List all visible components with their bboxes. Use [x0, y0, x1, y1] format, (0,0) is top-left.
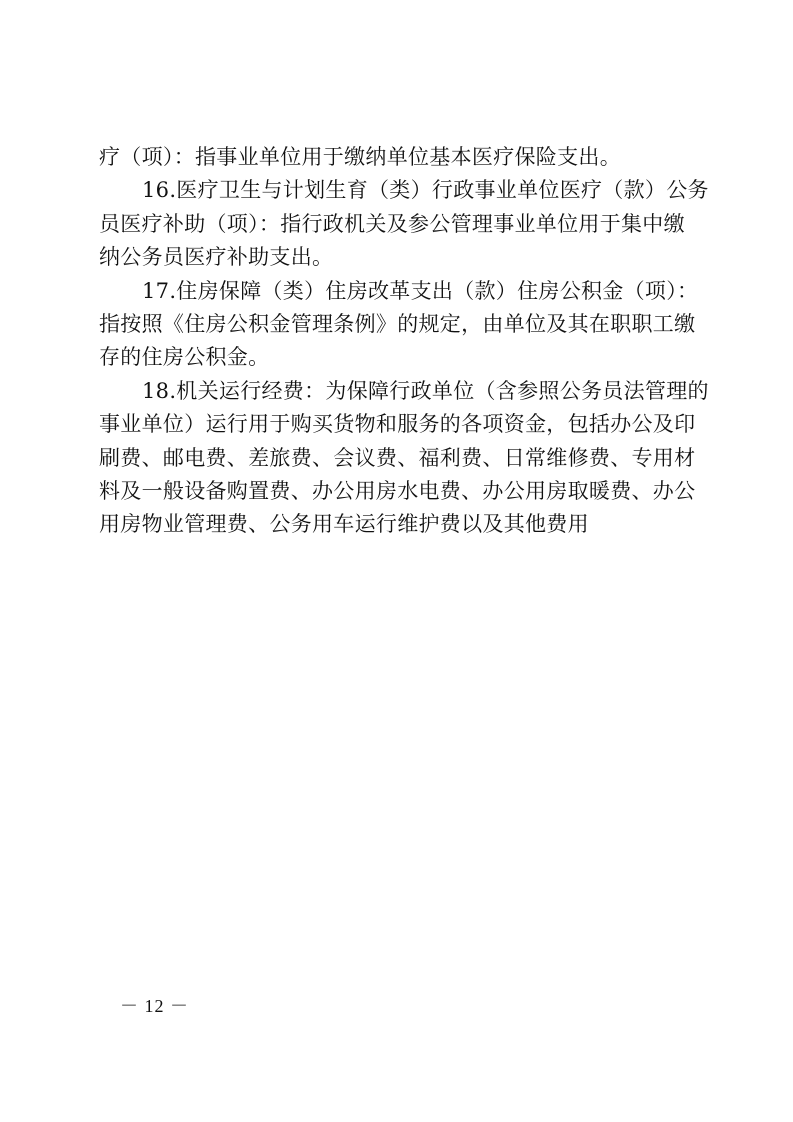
text-line: 疗（项）：指事业单位用于缴纳单位基本医疗保险支出。 — [99, 141, 693, 174]
text-line: 事业单位）运行用于购买货物和服务的各项资金，包括办公及印 — [99, 408, 693, 441]
text-line: 17.住房保障（类）住房改革支出（款）住房公积金（项）： — [99, 275, 693, 308]
text-line: 刷费、邮电费、差旅费、会议费、福利费、日常维修费、专用材 — [99, 442, 693, 475]
page-number: － 12 － — [120, 992, 189, 1018]
text-line: 存的住房公积金。 — [99, 341, 693, 374]
document-page: 疗（项）：指事业单位用于缴纳单位基本医疗保险支出。 16.医疗卫生与计划生育（类… — [0, 0, 793, 1122]
text-line: 用房物业管理费、公务用车运行维护费以及其他费用 — [99, 508, 693, 541]
text-line: 18.机关运行经费：为保障行政单位（含参照公务员法管理的 — [99, 375, 693, 408]
paragraph-15-continuation: 疗（项）：指事业单位用于缴纳单位基本医疗保险支出。 — [99, 141, 693, 174]
document-body: 疗（项）：指事业单位用于缴纳单位基本医疗保险支出。 16.医疗卫生与计划生育（类… — [99, 141, 693, 542]
paragraph-16: 16.医疗卫生与计划生育（类）行政事业单位医疗（款）公务 员医疗补助（项）：指行… — [99, 174, 693, 274]
text-line: 16.医疗卫生与计划生育（类）行政事业单位医疗（款）公务 — [99, 174, 693, 207]
text-line: 员医疗补助（项）：指行政机关及参公管理事业单位用于集中缴 — [99, 208, 693, 241]
text-line: 料及一般设备购置费、办公用房水电费、办公用房取暖费、办公 — [99, 475, 693, 508]
paragraph-17: 17.住房保障（类）住房改革支出（款）住房公积金（项）： 指按照《住房公积金管理… — [99, 275, 693, 375]
paragraph-18: 18.机关运行经费：为保障行政单位（含参照公务员法管理的 事业单位）运行用于购买… — [99, 375, 693, 542]
text-line: 纳公务员医疗补助支出。 — [99, 241, 693, 274]
text-line: 指按照《住房公积金管理条例》的规定，由单位及其在职职工缴 — [99, 308, 693, 341]
